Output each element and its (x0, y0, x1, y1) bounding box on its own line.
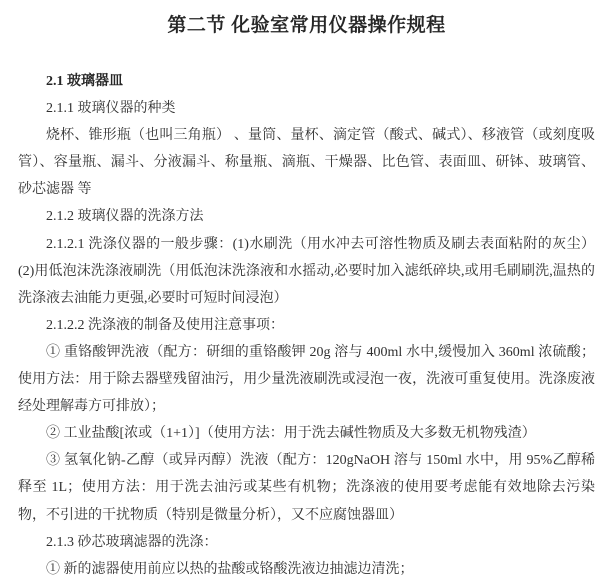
para-glassware-types: 烧杯、锥形瓶（也叫三角瓶） 、量筒、量杯、滴定管（酸式、碱式）、移液管（或刻度吸… (18, 122, 595, 203)
document-body: 2.1 玻璃器皿2.1.1 玻璃仪器的种类烧杯、锥形瓶（也叫三角瓶） 、量筒、量… (18, 68, 595, 583)
para-2-1-2-1-washing-steps: 2.1.2.1 洗涤仪器的一般步骤：(1)水刷洗（用水冲去可溶性物质及刷去表面粘… (18, 231, 595, 312)
heading-2-1: 2.1 玻璃器皿 (18, 68, 595, 95)
heading-2-1-2: 2.1.2 玻璃仪器的洗涤方法 (18, 203, 595, 230)
para-item-3-naoh-ethanol: ③ 氢氧化钠-乙醇（或异丙醇）洗液（配方：120gNaOH 溶与 150ml 水… (18, 447, 595, 528)
document-title: 第二节 化验室常用仪器操作规程 (18, 12, 595, 40)
heading-2-1-2-2: 2.1.2.2 洗涤液的制备及使用注意事项： (18, 312, 595, 339)
heading-2-1-1: 2.1.1 玻璃仪器的种类 (18, 95, 595, 122)
para-item-1-potassium-dichromate: ① 重铬酸钾洗液（配方：研细的重铬酸钾 20g 溶与 400ml 水中,缓慢加入… (18, 339, 595, 420)
para-item-1-new-filter: ① 新的滤器使用前应以热的盐酸或铬酸洗液边抽滤边清洗； (18, 556, 595, 583)
para-item-2-industrial-hcl: ② 工业盐酸[浓或（1+1）]（使用方法：用于洗去碱性物质及大多数无机物残渣） (18, 420, 595, 447)
document-page: 第二节 化验室常用仪器操作规程 2.1 玻璃器皿2.1.1 玻璃仪器的种类烧杯、… (0, 0, 614, 588)
heading-2-1-3: 2.1.3 砂芯玻璃滤器的洗涤： (18, 529, 595, 556)
